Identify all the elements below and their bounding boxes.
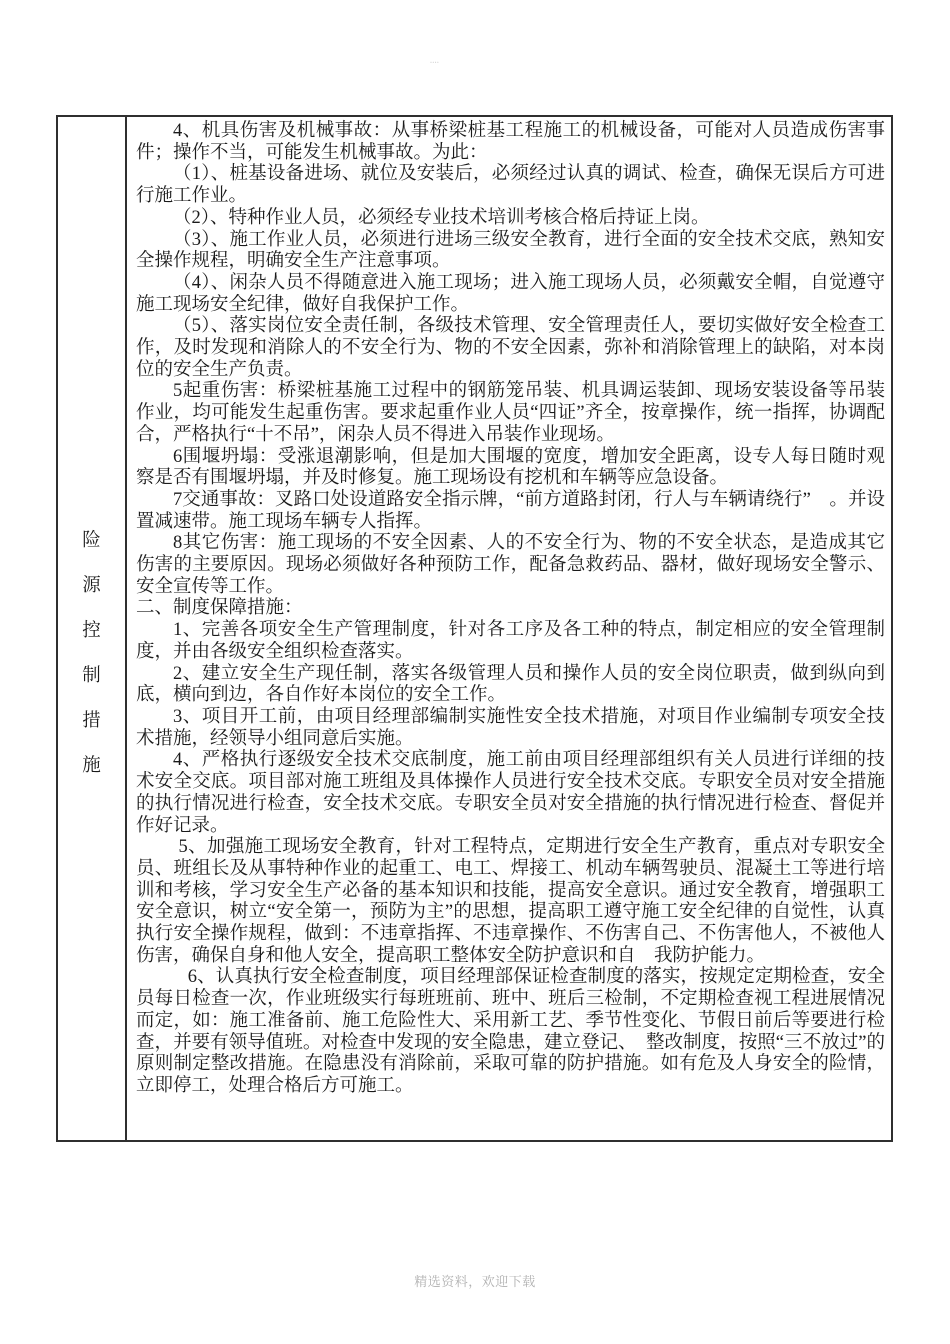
vertical-label-char: 施 [82, 744, 101, 789]
measure-paragraph: 5起重伤害：桥梁桩基施工过程中的钢筋笼吊装、机具调运装卸、现场安装设备等吊装作业… [136, 381, 885, 446]
row-label: 险源控制措施 [82, 519, 101, 789]
measure-paragraph: （2）、特种作业人员，必须经专业技术培训考核合格后持证上岗。 [136, 208, 885, 230]
measure-paragraph: 4、机具伤害及机械事故：从事桥梁桩基工程施工的机械设备，可能对人员造成伤害事件；… [136, 121, 885, 164]
measure-paragraph: （3）、施工作业人员，必须进行进场三级安全教育，进行全面的安全技术交底，熟知安全… [136, 230, 885, 273]
vertical-label-char: 险 [82, 519, 101, 564]
measure-paragraph: （5）、落实岗位安全责任制，各级技术管理、安全管理责任人，要切实做好安全检查工作… [136, 316, 885, 381]
measure-paragraph: 3、项目开工前，由项目经理部编制实施性安全技术措施，对项目作业编制专项安全技术措… [136, 707, 885, 750]
table-content-cell: 4、机具伤害及机械事故：从事桥梁桩基工程施工的机械设备，可能对人员造成伤害事件；… [127, 117, 891, 1140]
measure-paragraph: 4、严格执行逐级安全技术交底制度，施工前由项目经理部组织有关人员进行详细的技术安… [136, 750, 885, 837]
measure-paragraph: 7交通事故：叉路口处设道路安全指示牌，“前方道路封闭，行人与车辆请绕行” 。并设… [136, 490, 885, 533]
measure-paragraph: 6围堰坍塌：受涨退潮影响，但是加大围堰的宽度，增加安全距离，设专人每日随时观察是… [136, 447, 885, 490]
measure-paragraph: （4）、闲杂人员不得随意进入施工现场；进入施工现场人员，必须戴安全帽，自觉遵守施… [136, 273, 885, 316]
hazard-control-table: 险源控制措施 4、机具伤害及机械事故：从事桥梁桩基工程施工的机械设备，可能对人员… [56, 115, 893, 1142]
vertical-label-char: 源 [82, 564, 101, 609]
measure-paragraph: （1）、桩基设备进场、就位及安装后，必须经过认真的调试、检查，确保无误后方可进行… [136, 164, 885, 207]
vertical-label-char: 制 [82, 654, 101, 699]
vertical-label-char: 控 [82, 609, 101, 654]
measure-paragraph: 6、认真执行安全检查制度，项目经理部保证检查制度的落实，按规定定期检查，安全员每… [136, 967, 885, 1097]
measure-paragraph: 2、建立安全生产现任制，落实各级管理人员和操作人员的安全岗位职责，做到纵向到底，… [136, 664, 885, 707]
stray-mark: ᠁ [428, 59, 439, 68]
footer-watermark: 精选资料，欢迎下载 [0, 1271, 950, 1290]
measure-paragraph: 二、制度保障措施： [136, 598, 885, 620]
measure-paragraph: 1、完善各项安全生产管理制度，针对各工序及各工种的特点，制定相应的安全管理制度，… [136, 620, 885, 663]
table-header-cell-hazard-source-control: 险源控制措施 [58, 117, 127, 1140]
measure-paragraph: 5、加强施工现场安全教育，针对工程特点，定期进行安全生产教育，重点对专职安全员、… [136, 837, 885, 967]
document-page: ᠁ 险源控制措施 4、机具伤害及机械事故：从事桥梁桩基工程施工的机械设备，可能对… [0, 0, 950, 1344]
vertical-label-char: 措 [82, 699, 101, 744]
measure-paragraph: 8其它伤害：施工现场的不安全因素、人的不安全行为、物的不安全状态，是造成其它伤害… [136, 533, 885, 598]
